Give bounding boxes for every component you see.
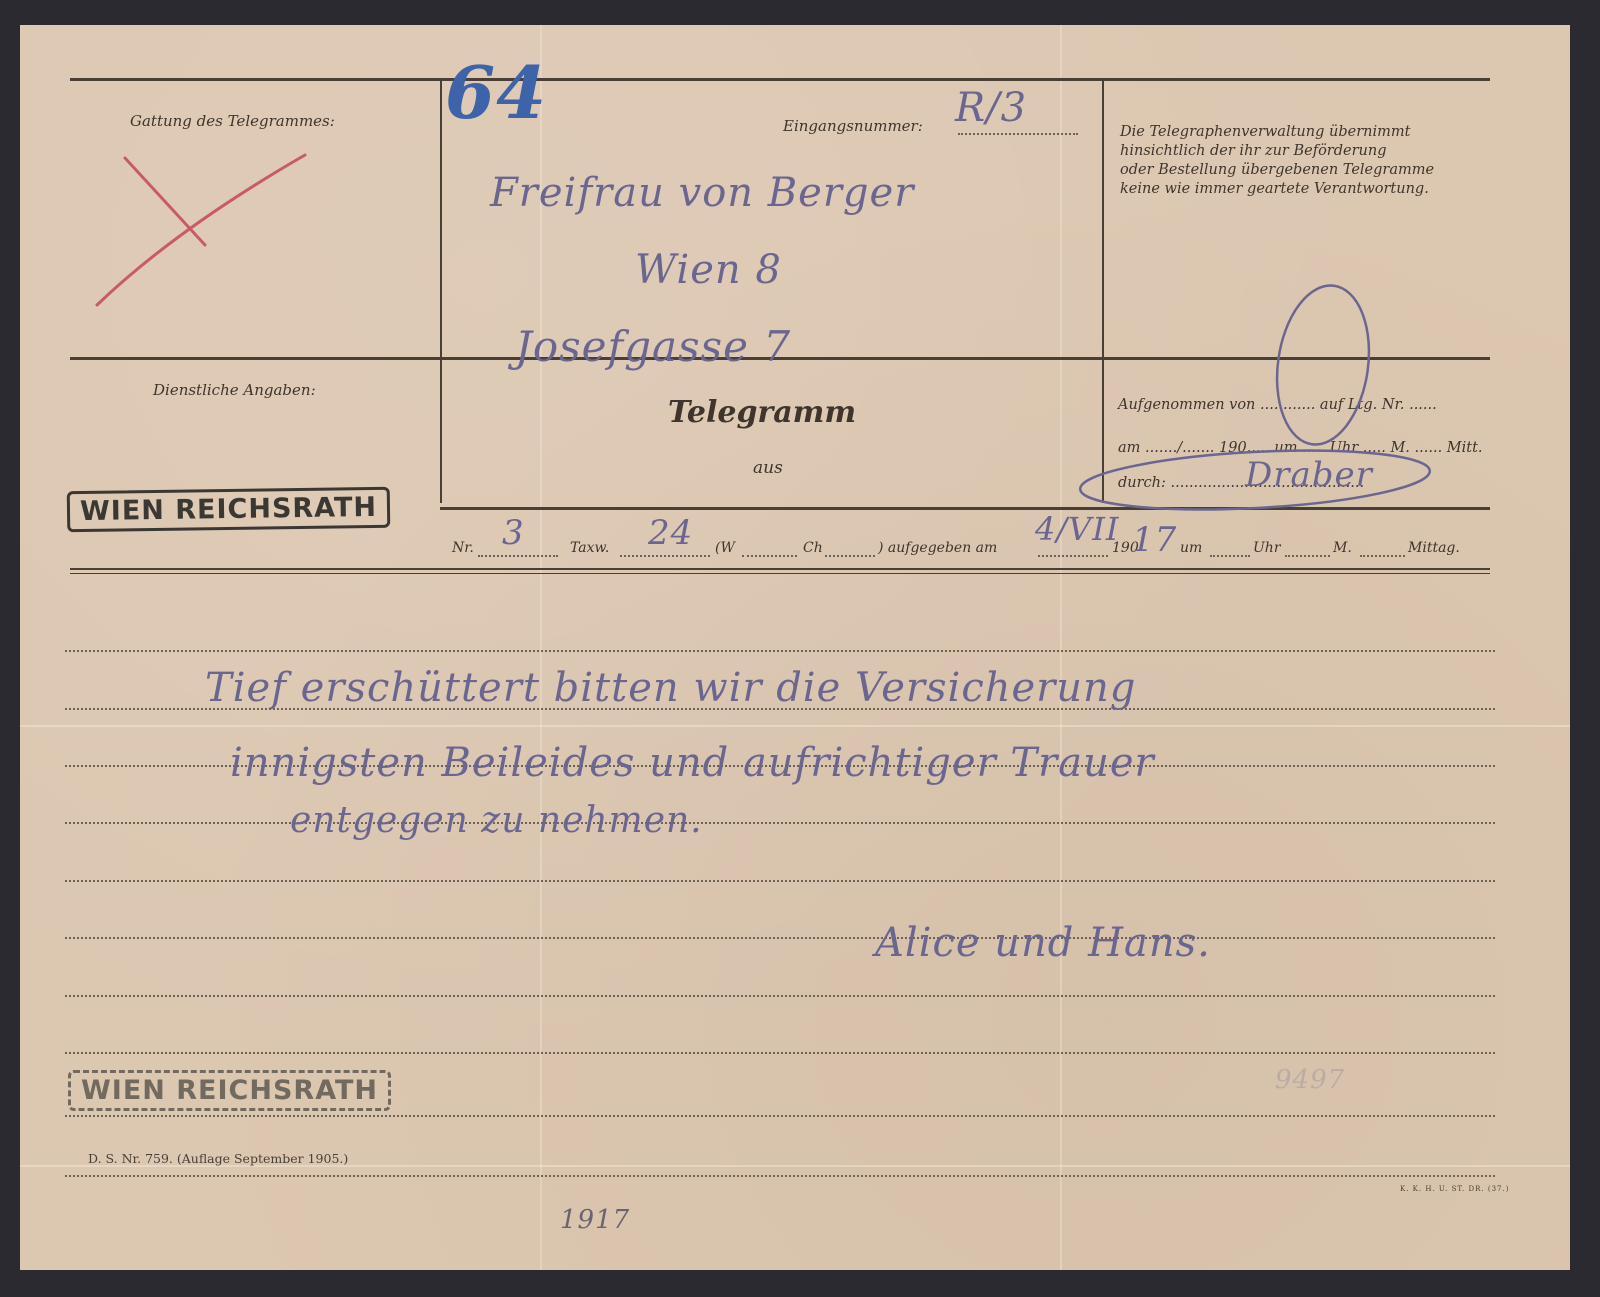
message-line-1: Tief erschüttert bitten wir die Versiche… bbox=[205, 665, 1136, 711]
top-rule bbox=[70, 78, 1490, 81]
nr-line bbox=[478, 555, 558, 557]
paper-fold bbox=[20, 725, 1570, 727]
message-line bbox=[65, 880, 1495, 882]
message-line bbox=[65, 650, 1495, 652]
incoming-number-value: R/3 bbox=[955, 85, 1027, 131]
message-line bbox=[65, 995, 1495, 997]
disclaimer-line: keine wie immer geartete Verantwortung. bbox=[1120, 180, 1490, 199]
message-line bbox=[65, 1052, 1495, 1054]
year-value: 17 bbox=[1132, 520, 1177, 560]
uhr-label: Uhr bbox=[1253, 540, 1281, 556]
w-label: (W bbox=[715, 540, 735, 556]
column-divider-left bbox=[440, 78, 442, 503]
submitted-label: ) aufgegeben am bbox=[878, 540, 997, 556]
mittag-label: Mittag. bbox=[1408, 540, 1460, 556]
telegram-form: Gattung des Telegrammes: Dienstliche Ang… bbox=[20, 25, 1570, 1270]
date-value: 4/VII bbox=[1035, 510, 1120, 548]
hour-line bbox=[1210, 555, 1250, 557]
taxw-line bbox=[620, 555, 710, 557]
minute-line bbox=[1285, 555, 1330, 557]
from-label: aus bbox=[753, 458, 783, 478]
message-line bbox=[65, 1175, 1495, 1177]
ch-line bbox=[825, 555, 875, 557]
service-info-label: Dienstliche Angaben: bbox=[153, 381, 316, 399]
incoming-number-line bbox=[958, 133, 1078, 135]
w-line bbox=[742, 555, 797, 557]
blue-pencil-mark: 64 bbox=[445, 50, 547, 135]
post-office-stamp: WIEN REICHSRATH bbox=[67, 487, 391, 533]
message-line-3: entgegen zu nehmen. bbox=[290, 800, 703, 841]
red-cross-mark bbox=[95, 150, 315, 310]
form-title: Telegramm bbox=[668, 395, 856, 430]
nr-label: Nr. bbox=[452, 540, 474, 556]
recipient-street: Josefgasse 7 bbox=[515, 322, 791, 371]
form-number: D. S. Nr. 759. (Auflage September 1905.) bbox=[88, 1151, 348, 1166]
pencil-year-note: 1917 bbox=[560, 1205, 630, 1235]
taxw-label: Taxw. bbox=[570, 540, 609, 556]
paper-fold bbox=[1060, 25, 1062, 1270]
message-line bbox=[65, 822, 1495, 824]
telegram-type-label: Gattung des Telegrammes: bbox=[130, 112, 335, 130]
ch-label: Ch bbox=[803, 540, 823, 556]
post-office-stamp-faded: WIEN REICHSRATH bbox=[68, 1070, 391, 1111]
date-line bbox=[1038, 555, 1108, 557]
message-line bbox=[65, 937, 1495, 939]
incoming-number-label: Eingangsnummer: bbox=[783, 117, 923, 135]
nr-value: 3 bbox=[502, 513, 525, 553]
message-line-2: innigsten Beileides und aufrichtiger Tra… bbox=[230, 740, 1155, 786]
disclaimer-line: hinsichtlich der ihr zur Beförderung bbox=[1120, 142, 1490, 161]
disclaimer-line: oder Bestellung übergebenen Telegramme bbox=[1120, 161, 1490, 180]
recipient-name: Freifrau von Berger bbox=[490, 170, 914, 216]
sender-signature: Alice und Hans. bbox=[875, 920, 1211, 966]
header-row-bottom-rule-2 bbox=[70, 573, 1490, 574]
header-row-bottom-rule bbox=[70, 568, 1490, 570]
clerk-signature: Draber bbox=[1245, 455, 1373, 495]
um-label: um bbox=[1180, 540, 1202, 556]
recipient-city: Wien 8 bbox=[635, 247, 782, 293]
faint-number: 9497 bbox=[1275, 1065, 1345, 1095]
disclaimer-line: Die Telegraphenverwaltung übernimmt bbox=[1120, 123, 1490, 142]
m-label: M. bbox=[1333, 540, 1352, 556]
printer-mark: K. K. H. U. ST. DR. (37.) bbox=[1400, 1185, 1509, 1193]
taxw-value: 24 bbox=[648, 513, 693, 553]
message-line bbox=[65, 1115, 1495, 1117]
mittag-line bbox=[1360, 555, 1405, 557]
disclaimer: Die Telegraphenverwaltung übernimmt hins… bbox=[1120, 123, 1490, 199]
